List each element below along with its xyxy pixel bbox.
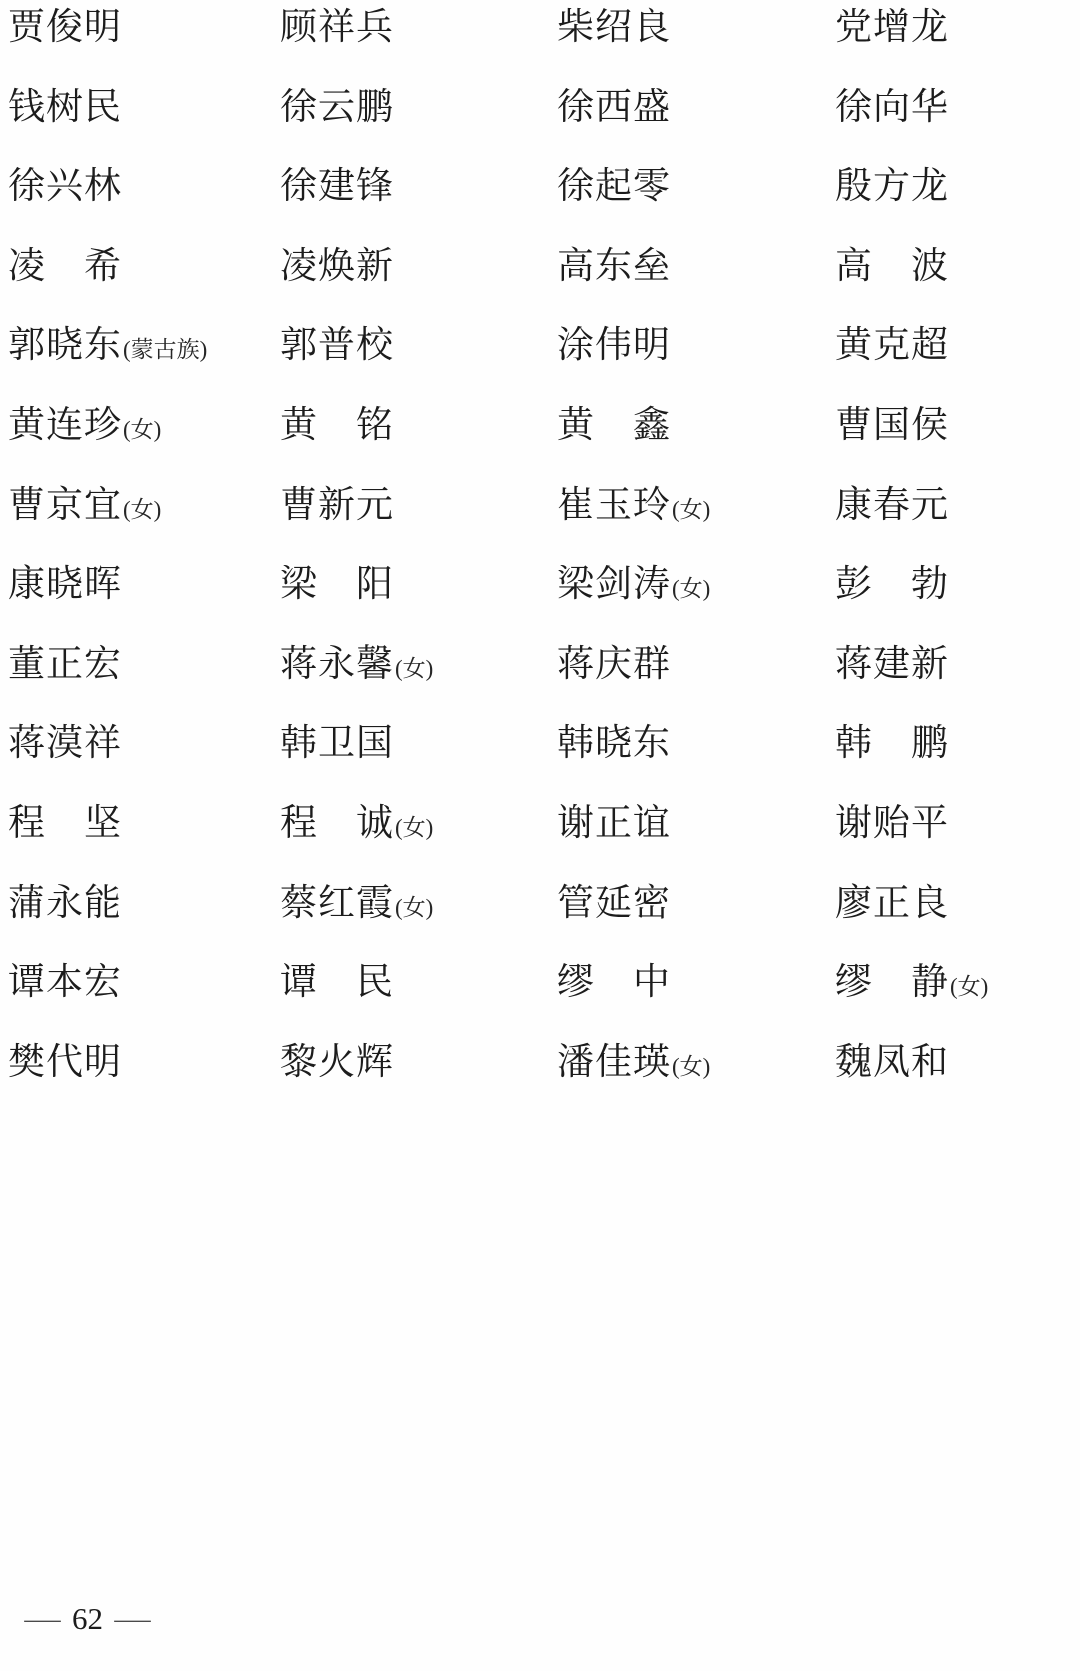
name-cell: 韩 鹏 [835,720,1080,800]
name-cell: 殷方龙 [835,163,1080,243]
name-annotation: (女) [672,497,710,522]
name-cell: 柴绍良 [557,4,835,84]
name-annotation: (女) [123,417,161,442]
name-annotation: (蒙古族) [123,337,207,362]
name-cell: 程 诚(女) [280,800,557,880]
name-cell: 缪 静(女) [835,959,1080,1039]
name-cell: 魏凤和 [835,1039,1080,1119]
name-cell: 康春元 [835,482,1080,562]
name-cell: 曹京宜(女) [8,482,280,562]
name-cell: 梁剑涛(女) [557,561,835,641]
person-name: 曹新元 [280,485,394,526]
person-name: 钱树民 [8,87,122,128]
person-name: 蒋永馨 [280,644,394,685]
name-cell: 樊代明 [8,1039,280,1119]
person-name: 涂伟明 [557,325,671,366]
person-name: 程 诚 [280,803,394,844]
person-name: 黄 铭 [280,405,394,446]
person-name: 魏凤和 [835,1042,949,1083]
name-cell: 徐建锋 [280,163,557,243]
person-name: 韩晓东 [557,723,671,764]
person-name: 韩卫国 [280,723,394,764]
person-name: 蒋漠祥 [8,723,122,764]
name-annotation: (女) [672,1054,710,1079]
person-name: 程 坚 [8,803,122,844]
name-cell: 蒋漠祥 [8,720,280,800]
person-name: 高东垒 [557,246,671,287]
name-cell: 蒋庆群 [557,641,835,721]
person-name: 凌焕新 [280,246,394,287]
person-name: 缪 静 [835,962,949,1003]
person-name: 崔玉玲 [557,485,671,526]
person-name: 董正宏 [8,644,122,685]
person-name: 韩 鹏 [835,723,949,764]
person-name: 黄克超 [835,325,949,366]
name-annotation: (女) [950,974,988,999]
name-cell: 徐起零 [557,163,835,243]
name-cell: 谭本宏 [8,959,280,1039]
name-cell: 凌焕新 [280,243,557,323]
person-name: 徐建锋 [280,166,394,207]
name-cell: 崔玉玲(女) [557,482,835,562]
person-name: 樊代明 [8,1042,122,1083]
person-name: 蒋建新 [835,644,949,685]
person-name: 管延密 [557,883,671,924]
name-cell: 梁 阳 [280,561,557,641]
name-cell: 高东垒 [557,243,835,323]
person-name: 康春元 [835,485,949,526]
name-cell: 程 坚 [8,800,280,880]
footer-dash-left: — [24,1603,60,1636]
name-cell: 凌 希 [8,243,280,323]
person-name: 黄连珍 [8,405,122,446]
name-cell: 黎火辉 [280,1039,557,1119]
person-name: 殷方龙 [835,166,949,207]
name-cell: 潘佳瑛(女) [557,1039,835,1119]
document-page: 贾俊明顾祥兵柴绍良党增龙钱树民徐云鹏徐西盛徐向华徐兴林徐建锋徐起零殷方龙凌 希凌… [0,0,1080,1671]
name-list: 贾俊明顾祥兵柴绍良党增龙钱树民徐云鹏徐西盛徐向华徐兴林徐建锋徐起零殷方龙凌 希凌… [0,0,1080,1118]
name-cell: 徐西盛 [557,84,835,164]
name-cell: 郭普校 [280,322,557,402]
name-annotation: (女) [395,815,433,840]
person-name: 廖正良 [835,883,949,924]
person-name: 徐起零 [557,166,671,207]
page-footer: — 62 — [28,1601,147,1637]
name-cell: 蒋永馨(女) [280,641,557,721]
person-name: 梁剑涛 [557,564,671,605]
person-name: 彭 勃 [835,564,949,605]
name-cell: 黄 铭 [280,402,557,482]
person-name: 谢贻平 [835,803,949,844]
footer-dash-right: — [114,1603,150,1636]
name-cell: 韩晓东 [557,720,835,800]
name-cell: 黄 鑫 [557,402,835,482]
person-name: 徐西盛 [557,87,671,128]
name-cell: 曹国侯 [835,402,1080,482]
person-name: 贾俊明 [8,7,122,48]
name-cell: 谭 民 [280,959,557,1039]
name-cell: 徐向华 [835,84,1080,164]
name-annotation: (女) [672,576,710,601]
person-name: 康晓晖 [8,564,122,605]
person-name: 郭普校 [280,325,394,366]
person-name: 缪 中 [557,962,671,1003]
name-cell: 廖正良 [835,880,1080,960]
name-cell: 缪 中 [557,959,835,1039]
page-number: 62 [72,1601,103,1637]
person-name: 徐兴林 [8,166,122,207]
person-name: 郭晓东 [8,325,122,366]
person-name: 柴绍良 [557,7,671,48]
person-name: 谭本宏 [8,962,122,1003]
person-name: 黄 鑫 [557,405,671,446]
person-name: 谢正谊 [557,803,671,844]
name-annotation: (女) [123,497,161,522]
person-name: 凌 希 [8,246,122,287]
name-cell: 谢贻平 [835,800,1080,880]
name-cell: 钱树民 [8,84,280,164]
name-cell: 韩卫国 [280,720,557,800]
person-name: 梁 阳 [280,564,394,605]
name-cell: 蒋建新 [835,641,1080,721]
person-name: 徐云鹏 [280,87,394,128]
name-cell: 谢正谊 [557,800,835,880]
person-name: 徐向华 [835,87,949,128]
name-cell: 涂伟明 [557,322,835,402]
name-cell: 徐兴林 [8,163,280,243]
person-name: 曹国侯 [835,405,949,446]
person-name: 蒲永能 [8,883,122,924]
person-name: 高 波 [835,246,949,287]
name-cell: 郭晓东(蒙古族) [8,322,280,402]
name-cell: 康晓晖 [8,561,280,641]
person-name: 潘佳瑛 [557,1042,671,1083]
name-cell: 蔡红霞(女) [280,880,557,960]
person-name: 蔡红霞 [280,883,394,924]
name-cell: 党增龙 [835,4,1080,84]
person-name: 党增龙 [835,7,949,48]
person-name: 曹京宜 [8,485,122,526]
name-cell: 徐云鹏 [280,84,557,164]
person-name: 蒋庆群 [557,644,671,685]
person-name: 顾祥兵 [280,7,394,48]
name-cell: 高 波 [835,243,1080,323]
name-cell: 董正宏 [8,641,280,721]
name-cell: 曹新元 [280,482,557,562]
name-cell: 彭 勃 [835,561,1080,641]
person-name: 黎火辉 [280,1042,394,1083]
name-cell: 蒲永能 [8,880,280,960]
name-annotation: (女) [395,895,433,920]
name-cell: 顾祥兵 [280,4,557,84]
name-cell: 黄连珍(女) [8,402,280,482]
name-cell: 黄克超 [835,322,1080,402]
name-cell: 管延密 [557,880,835,960]
name-annotation: (女) [395,656,433,681]
person-name: 谭 民 [280,962,394,1003]
name-cell: 贾俊明 [8,4,280,84]
